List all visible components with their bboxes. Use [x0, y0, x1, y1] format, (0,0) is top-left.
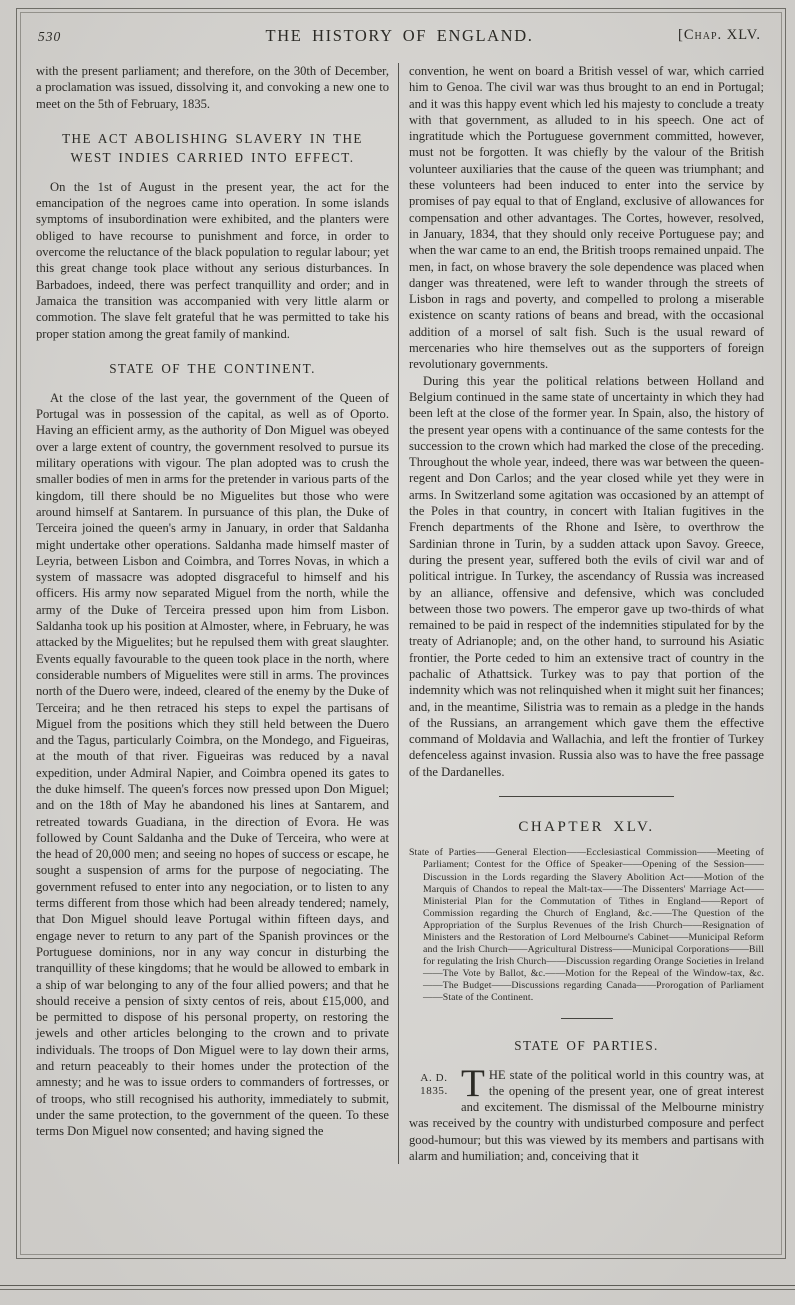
paragraph-parliament-dissolution: with the present parliament; and therefo…	[36, 63, 389, 112]
book-title: THE HISTORY OF ENGLAND.	[38, 26, 761, 46]
paragraph-portugal-campaign: At the close of the last year, the gover…	[36, 390, 389, 1140]
section-heading-state-of-continent: STATE OF THE CONTINENT.	[36, 359, 389, 378]
section-heading-slavery-act: THE ACT ABOLISHING SLAVERY IN THE WEST I…	[36, 129, 389, 167]
drop-cap-letter: T	[461, 1067, 489, 1099]
chapter-summary: State of Parties——General Election——Eccl…	[409, 847, 764, 1004]
book-page: 530 THE HISTORY OF ENGLAND. [Chap. XLV. …	[0, 0, 795, 1305]
running-header: 530 THE HISTORY OF ENGLAND. [Chap. XLV.	[38, 26, 761, 48]
opening-paragraph-1835: A. D. 1835. T HE state of the political …	[409, 1067, 764, 1165]
left-column: with the present parliament; and therefo…	[36, 63, 398, 1164]
text-columns: with the present parliament; and therefo…	[36, 63, 764, 1164]
heading-line: THE ACT ABOLISHING SLAVERY IN THE	[36, 129, 389, 148]
summary-divider-rule	[561, 1018, 613, 1019]
chapter-heading: CHAPTER XLV.	[409, 819, 764, 835]
section-heading-state-of-parties: STATE OF PARTIES.	[409, 1036, 764, 1055]
section-divider-rule	[499, 796, 674, 797]
paragraph-emancipation: On the 1st of August in the present year…	[36, 179, 389, 342]
paragraph-european-relations: During this year the political relations…	[409, 373, 764, 780]
heading-line: WEST INDIES CARRIED INTO EFFECT.	[36, 148, 389, 167]
right-column: convention, he went on board a British v…	[398, 63, 764, 1164]
chapter-reference: [Chap. XLV.	[678, 27, 761, 44]
paragraph-convention-genoa: convention, he went on board a British v…	[409, 63, 764, 373]
marginal-date-line: A. D.	[409, 1072, 459, 1086]
marginal-date-line: 1835.	[409, 1085, 459, 1099]
page-bottom-edge	[0, 1285, 795, 1290]
marginal-date: A. D. 1835.	[409, 1072, 459, 1099]
